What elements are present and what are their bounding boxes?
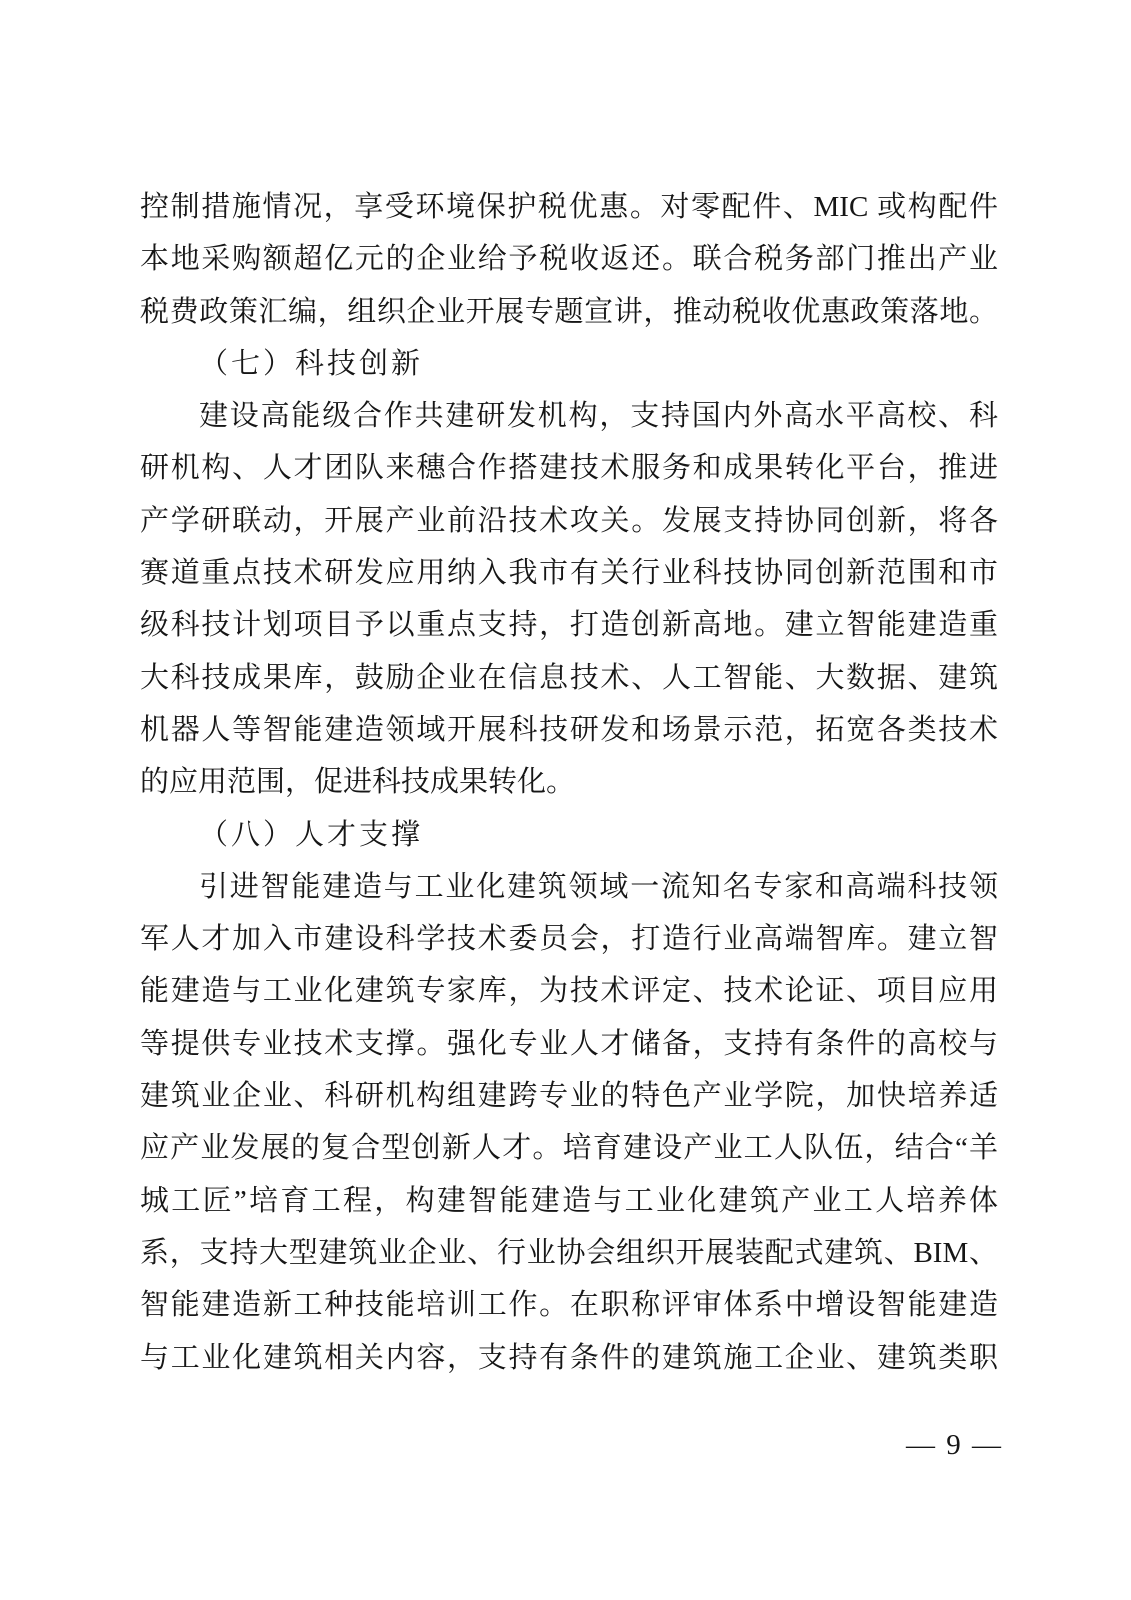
- body-text-line: 控制措施情况，享受环境保护税优惠。对零配件、MIC 或构配件: [140, 181, 998, 233]
- body-text-line: 本地采购额超亿元的企业给予税收返还。联合税务部门推出产业: [140, 233, 998, 285]
- page-number: — 9 —: [906, 1428, 1003, 1462]
- body-text-line: 能建造与工业化建筑专家库，为技术评定、技术论证、项目应用: [140, 965, 998, 1017]
- body-text-line: 建设高能级合作共建研发机构，支持国内外高水平高校、科: [140, 390, 998, 442]
- body-text-line: 引进智能建造与工业化建筑领域一流知名专家和高端科技领: [140, 861, 998, 913]
- body-text-line: 的应用范围，促进科技成果转化。: [140, 756, 998, 808]
- body-text-line: 军人才加入市建设科学技术委员会，打造行业高端智库。建立智: [140, 913, 998, 965]
- body-text-line: 与工业化建筑相关内容，支持有条件的建筑施工企业、建筑类职: [140, 1332, 998, 1384]
- body-text-line: 研机构、人才团队来穗合作搭建技术服务和成果转化平台，推进: [140, 442, 998, 494]
- document-body: 控制措施情况，享受环境保护税优惠。对零配件、MIC 或构配件 本地采购额超亿元的…: [140, 181, 998, 1384]
- body-text-line: 赛道重点技术研发应用纳入我市有关行业科技协同创新范围和市: [140, 547, 998, 599]
- body-text-line: 应产业发展的复合型创新人才。培育建设产业工人队伍，结合“羊: [140, 1122, 998, 1174]
- body-text-line: 等提供专业技术支撑。强化专业人才储备，支持有条件的高校与: [140, 1018, 998, 1070]
- body-text-line: 大科技成果库，鼓励企业在信息技术、人工智能、大数据、建筑: [140, 652, 998, 704]
- heading-section-7: （七）科技创新: [140, 338, 998, 390]
- body-text-line: 建筑业企业、科研机构组建跨专业的特色产业学院，加快培养适: [140, 1070, 998, 1122]
- body-text-line: 机器人等智能建造领域开展科技研发和场景示范，拓宽各类技术: [140, 704, 998, 756]
- body-text-line: 税费政策汇编，组织企业开展专题宣讲，推动税收优惠政策落地。: [140, 286, 998, 338]
- body-text-line: 级科技计划项目予以重点支持，打造创新高地。建立智能建造重: [140, 599, 998, 651]
- body-text-line: 城工匠”培育工程，构建智能建造与工业化建筑产业工人培养体: [140, 1175, 998, 1227]
- body-text-line: 产学研联动，开展产业前沿技术攻关。发展支持协同创新，将各: [140, 495, 998, 547]
- body-text-line: 智能建造新工种技能培训工作。在职称评审体系中增设智能建造: [140, 1279, 998, 1331]
- heading-section-8: （八）人才支撑: [140, 809, 998, 861]
- document-page: 控制措施情况，享受环境保护税优惠。对零配件、MIC 或构配件 本地采购额超亿元的…: [0, 0, 1131, 1600]
- body-text-line: 系，支持大型建筑业企业、行业协会组织开展装配式建筑、BIM、: [140, 1227, 998, 1279]
